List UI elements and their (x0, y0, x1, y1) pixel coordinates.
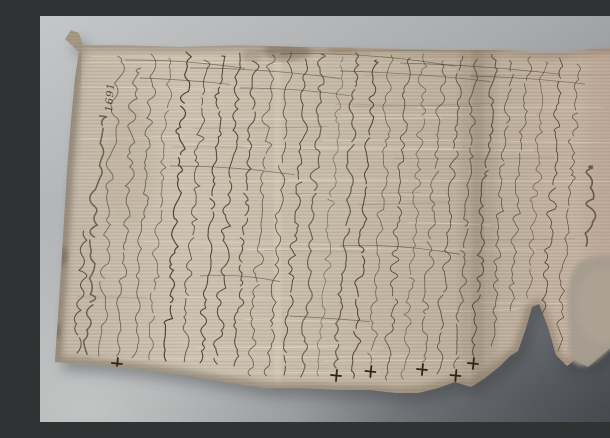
year-text: 1691 (104, 82, 117, 112)
top-edge-stain-small (241, 50, 263, 62)
manuscript-photo: 1691 (40, 16, 610, 422)
photo-canvas: 1691 (40, 16, 610, 422)
